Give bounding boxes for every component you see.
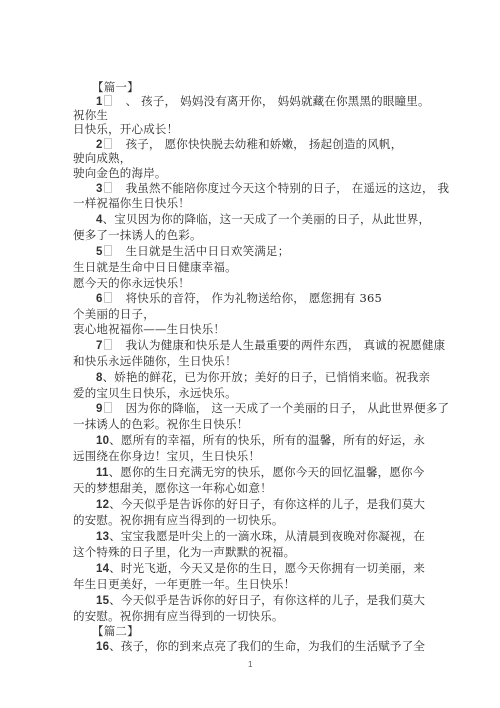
missing-glyph-icon [104,402,112,413]
item-text: 我虽然不能陪你度过今天这个特别的日子， 在遥远的这边， 我 [126,181,450,195]
list-item: 1、 孩子， 妈妈没有离开你， 妈妈就藏在你黑黑的眼瞳里。 [96,94,430,109]
item-number: 4 [96,214,103,226]
continuation-line: 的安慰。祝你拥有应当得到的一切快乐。 [73,609,284,623]
continuation-line: 愿今天的你永远快乐！ [73,276,190,290]
missing-glyph-icon [104,292,112,303]
continuation-line: 个美丽的日子， [73,307,155,321]
continuation-line: 年生日更美好，一年更胜一年。生日快乐！ [73,577,295,591]
continuation-line: 的安慰。祝你拥有应当得到的一切快乐。 [73,513,284,527]
missing-glyph-icon [104,95,112,106]
item-number: 6 [96,293,103,305]
item-text: 生日就是生活中日日欢笑满足； [126,244,290,258]
list-item: 9因为你的降临， 这一天成了一个美丽的日子， 从此世界便多了 [96,401,449,416]
item-text: 、今天似乎是告诉你的好日子，有你这样的儿子，是我们莫大 [109,497,425,511]
item-number: 7 [96,340,103,352]
list-item: 4、宝贝因为你的降临，这一天成了一个美丽的日子，从此世界， [96,212,430,227]
list-item: 8、娇艳的鲜花，已为你开放；美好的日子，已悄悄来临。祝我亲 [96,370,430,385]
list-item: 5生日就是生活中日日欢笑满足； [96,244,289,259]
item-text: 因为你的降临， 这一天成了一个美丽的日子， 从此世界便多了 [126,401,450,415]
missing-glyph-icon [104,138,112,149]
list-item: 14、时光飞逝，今天又是你的生日，愿今天你拥有一切美丽，来 [96,561,425,576]
section-heading: 【篇二】 [92,624,139,638]
list-item: 11、愿你的生日充满无穷的快乐，愿你今天的回忆温馨，愿你今 [96,465,424,480]
continuation-line: 祝你生 [73,108,108,122]
list-item: 10、愿所有的幸福，所有的快乐，所有的温馨，所有的好运，永 [96,433,425,448]
item-number: 10 [96,435,109,447]
item-number: 13 [96,531,109,543]
item-text: 、孩子，你的到来点亮了我们的生命，为我们的生活赋予了全 [109,639,425,653]
item-number: 12 [96,499,109,511]
item-number: 3 [96,183,103,195]
continuation-line: 日快乐，开心成长！ [73,122,178,136]
item-number: 1 [96,96,103,108]
item-number: 8 [96,372,103,384]
continuation-line: 一抹诱人的色彩。祝你生日快乐！ [73,417,249,431]
continuation-line: 远围绕在你身边！宝贝，生日快乐！ [73,449,260,463]
list-item: 16、孩子，你的到来点亮了我们的生命，为我们的生活赋予了全 [96,639,425,654]
missing-glyph-icon [104,245,112,256]
section-heading: 【篇一】 [92,80,139,94]
list-item: 6将快乐的音符， 作为礼物送给你， 愿您拥有 365 [96,291,382,306]
continuation-line: 爱的宝贝生日快乐，永远快乐。 [73,386,237,400]
item-text: 、今天似乎是告诉你的好日子，有你这样的儿子，是我们莫大 [109,593,425,607]
continuation-line: 便多了一抹诱人的色彩。 [73,228,202,242]
continuation-line: 这个特殊的日子里，化为一声默默的祝福。 [73,545,295,559]
continuation-line: 天的梦想甜美，愿你这一年称心如意！ [73,481,272,495]
item-text: 我认为健康和快乐是人生最重要的两件东西， 真诚的祝愿健康 [126,338,446,352]
item-number: 2 [96,139,103,151]
document-page: 【篇一】1、 孩子， 妈妈没有离开你， 妈妈就藏在你黑黑的眼瞳里。祝你生日快乐，… [0,0,500,708]
continuation-line: 一样祝福你生日快乐！ [73,196,190,210]
list-item: 2孩子， 愿你快快脱去幼稚和娇嫩， 扬起创造的风帆， [96,137,402,152]
item-text: 、娇艳的鲜花，已为你开放；美好的日子，已悄悄来临。祝我亲 [103,370,431,384]
continuation-line: 驶向成熟， [73,151,132,165]
list-item: 15、今天似乎是告诉你的好日子，有你这样的儿子，是我们莫大 [96,593,425,608]
continuation-line: 生日就是生命中日日健康幸福。 [73,260,237,274]
missing-glyph-icon [104,182,112,193]
item-text: 、 孩子， 妈妈没有离开你， 妈妈就藏在你黑黑的眼瞳里。 [126,94,430,108]
item-number: 5 [96,246,103,258]
continuation-line: 衷心地祝福你——生日快乐！ [73,322,225,336]
item-text: 孩子， 愿你快快脱去幼稚和娇嫩， 扬起创造的风帆， [126,137,403,151]
item-number: 15 [96,595,109,607]
continuation-line: 和快乐永远伴随你，生日快乐！ [73,354,237,368]
list-item: 7我认为健康和快乐是人生最重要的两件东西， 真诚的祝愿健康 [96,338,445,353]
list-item: 12、今天似乎是告诉你的好日子，有你这样的儿子，是我们莫大 [96,497,425,512]
item-text: 将快乐的音符， 作为礼物送给你， 愿您拥有 365 [126,291,382,305]
item-text: 、愿所有的幸福，所有的快乐，所有的温馨，所有的好运，永 [109,433,425,447]
item-text: 、时光飞逝，今天又是你的生日，愿今天你拥有一切美丽，来 [109,561,425,575]
page-number: 1 [248,660,252,669]
list-item: 13、宝宝我愿是叶尖上的一滴水珠，从清晨到夜晚对你凝视，在 [96,529,425,544]
item-number: 14 [96,563,109,575]
item-number: 16 [96,641,109,653]
item-text: 、愿你的生日充满无穷的快乐，愿你今天的回忆温馨，愿你今 [109,465,425,479]
missing-glyph-icon [104,339,112,350]
item-number: 11 [96,467,109,479]
list-item: 3我虽然不能陪你度过今天这个特别的日子， 在遥远的这边， 我 [96,181,449,196]
item-text: 、宝宝我愿是叶尖上的一滴水珠，从清晨到夜晚对你凝视，在 [109,529,425,543]
continuation-line: 驶向金色的海岸。 [73,166,167,180]
item-number: 9 [96,403,103,415]
item-text: 、宝贝因为你的降临，这一天成了一个美丽的日子，从此世界， [103,212,431,226]
